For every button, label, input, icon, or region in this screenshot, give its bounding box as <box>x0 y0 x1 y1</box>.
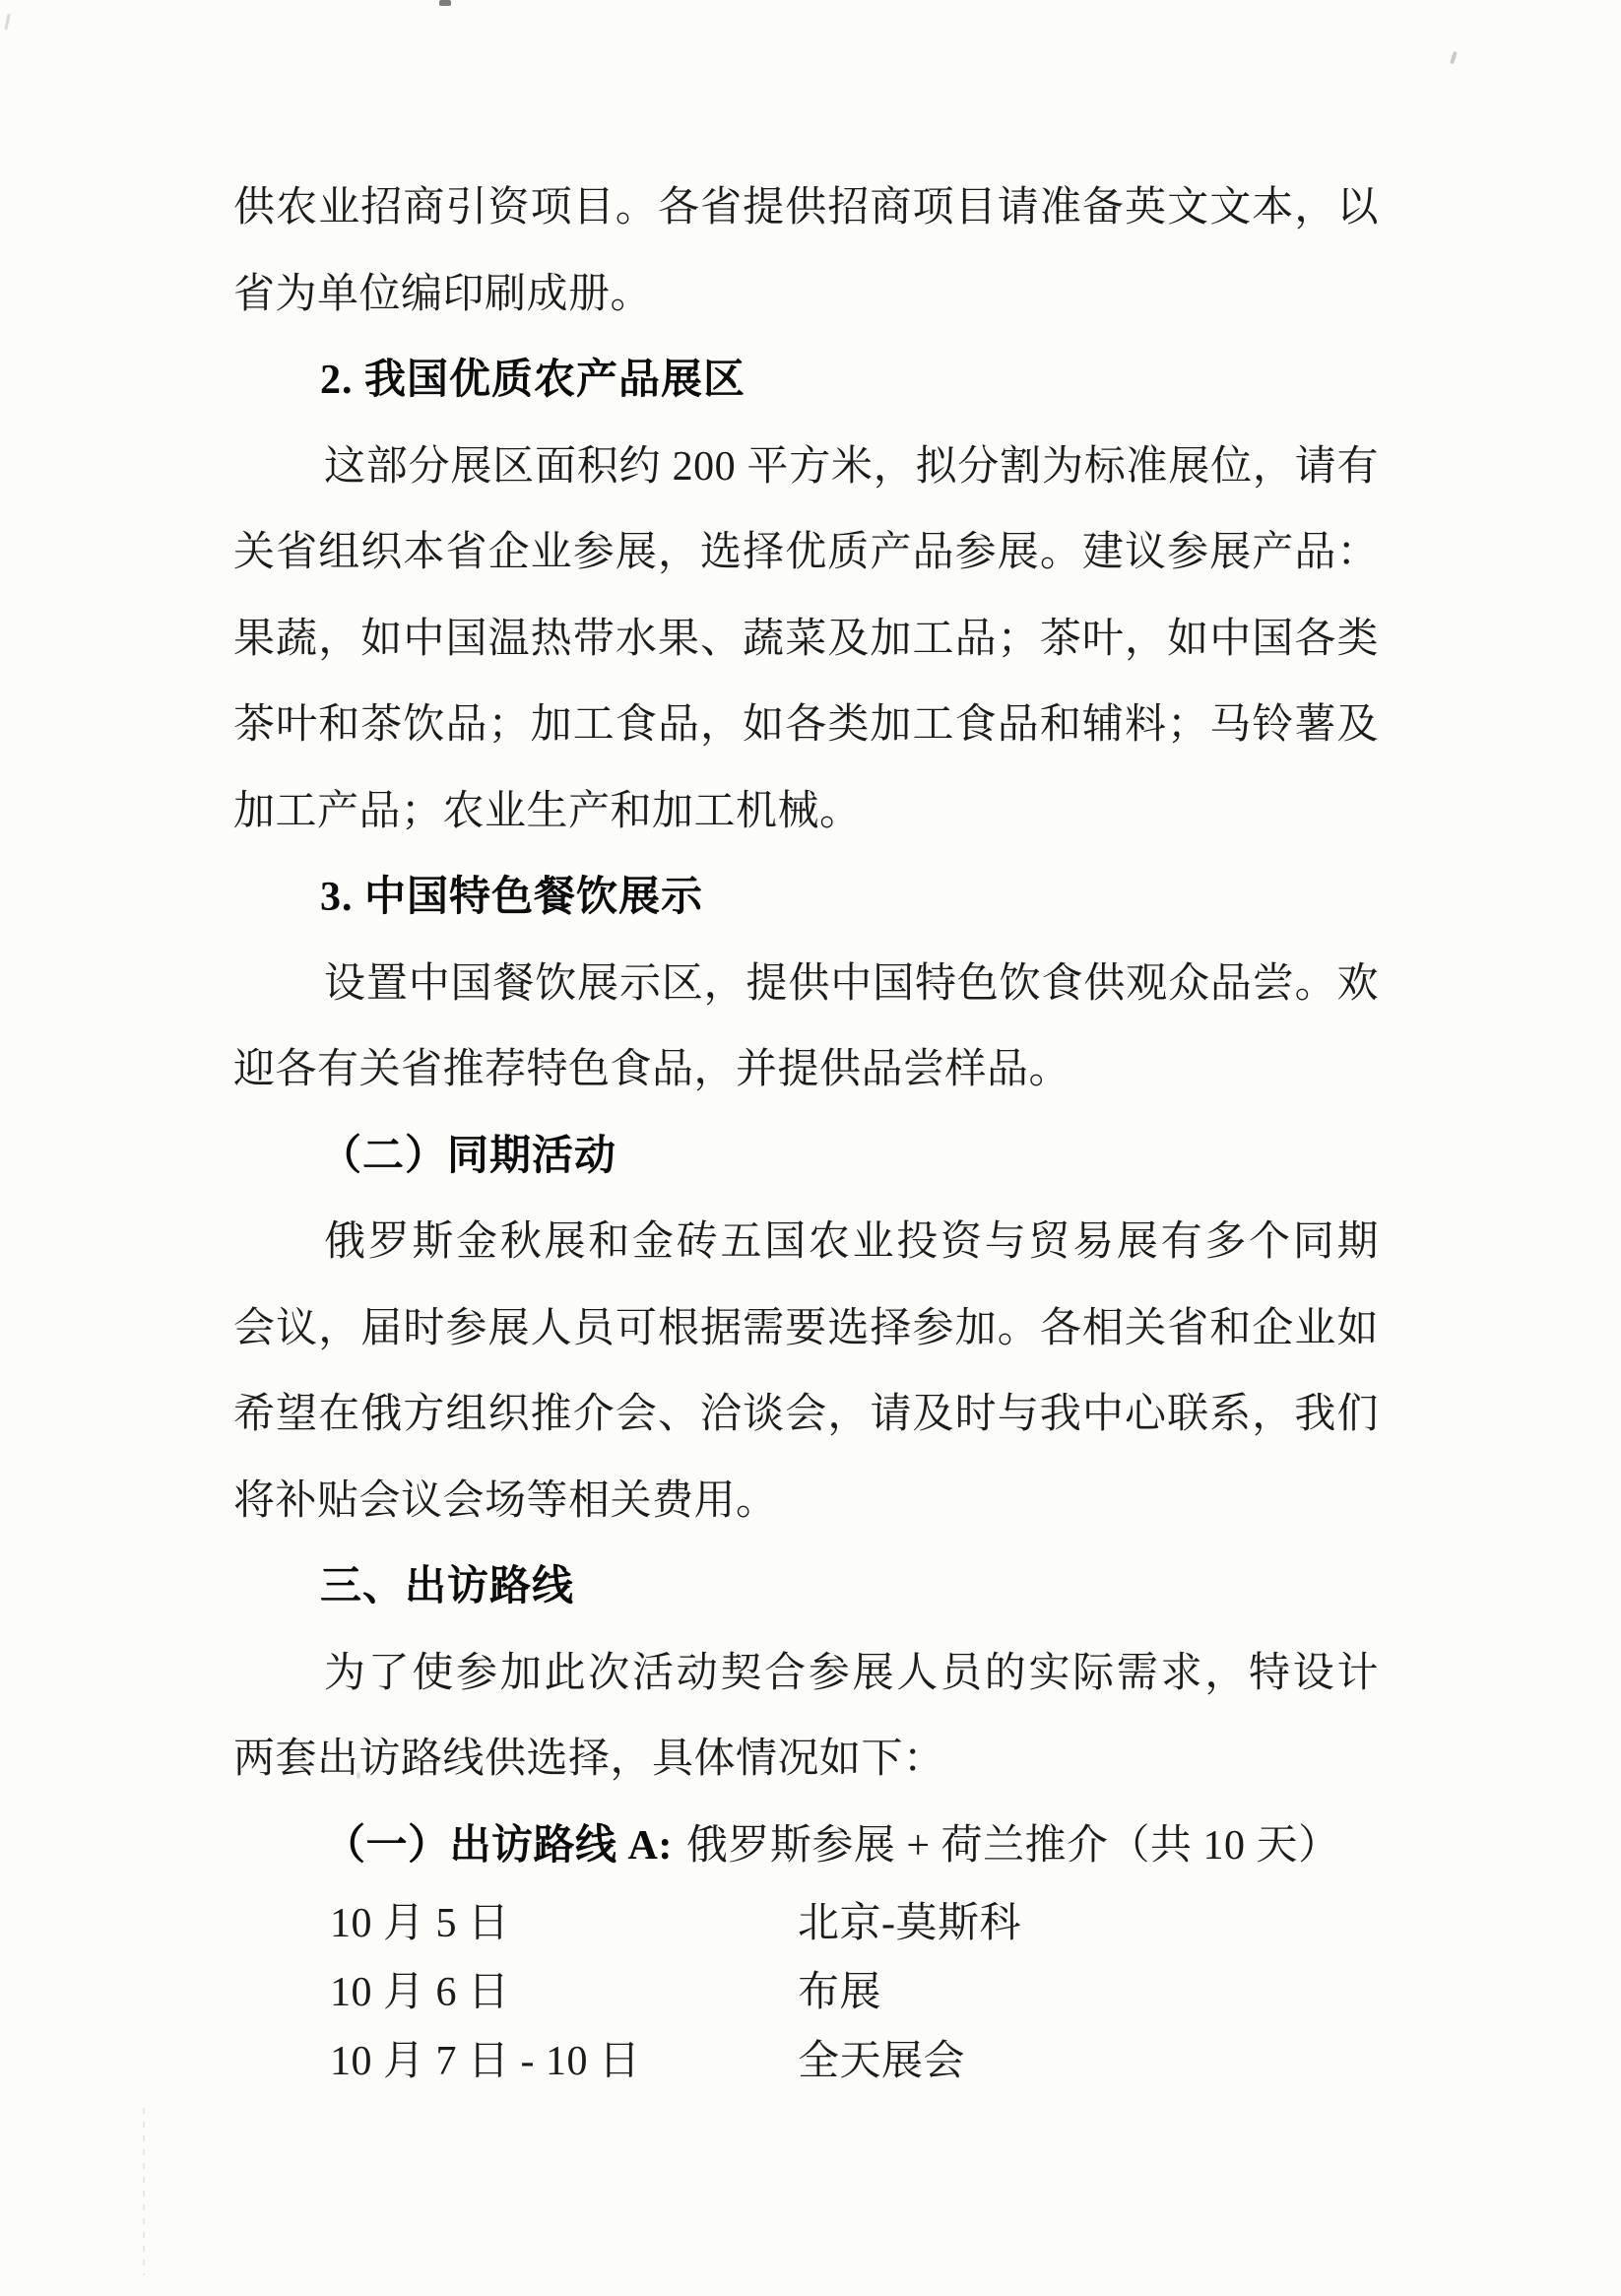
body-line: 希望在俄方组织推介会、洽谈会，请及时与我中心联系，我们 <box>233 1372 1379 1459</box>
scan-artifact <box>143 2108 145 2275</box>
body-line: 省为单位编印刷成册。 <box>233 252 1379 339</box>
body-line: 会议，届时参展人员可根据需要选择参加。各相关省和企业如 <box>233 1286 1379 1373</box>
section-heading-3: 3. 中国特色餐饮展示 <box>233 855 1379 942</box>
schedule-row: 10 月 7 日 - 10 日 全天展会 <box>233 2027 1379 2096</box>
body-line: 这部分展区面积约 200 平方米，拟分割为标准展位，请有 <box>233 425 1379 511</box>
schedule-date: 10 月 6 日 <box>330 1958 798 2027</box>
body-line: 两套出访路线供选择，具体情况如下： <box>233 1717 1379 1804</box>
schedule-date: 10 月 5 日 <box>330 1889 798 1958</box>
body-line: 供农业招商引资项目。各省提供招商项目请准备英文文本，以 <box>233 165 1379 252</box>
schedule-activity: 北京-莫斯科 <box>798 1889 1379 1958</box>
route-a-heading-label: （一）出访路线 A: <box>324 1823 673 1869</box>
body-line: 果蔬，如中国温热带水果、蔬菜及加工品；茶叶，如中国各类 <box>233 597 1379 684</box>
schedule-activity: 全天展会 <box>798 2027 1379 2096</box>
body-line: 为了使参加此次活动契合参展人员的实际需求，特设计 <box>233 1631 1379 1718</box>
body-line: 俄罗斯金秋展和金砖五国农业投资与贸易展有多个同期 <box>233 1200 1379 1286</box>
section-heading-2: 2. 我国优质农产品展区 <box>233 338 1379 425</box>
scan-artifact <box>1450 51 1458 65</box>
body-line: 关省组织本省企业参展，选择优质产品参展。建议参展产品： <box>233 510 1379 597</box>
body-line: 将补贴会议会场等相关费用。 <box>233 1459 1379 1545</box>
document-page: 供农业招商引资项目。各省提供招商项目请准备英文文本，以 省为单位编印刷成册。 2… <box>0 0 1621 2296</box>
body-line: 迎各有关省推荐特色食品，并提供品尝样品。 <box>233 1027 1379 1114</box>
scan-artifact <box>439 0 451 6</box>
route-a-heading: （一）出访路线 A:俄罗斯参展 + 荷兰推介（共 10 天） <box>233 1804 1379 1890</box>
body-line: 设置中国餐饮展示区，提供中国特色饮食供观众品尝。欢 <box>233 942 1379 1028</box>
schedule-row: 10 月 5 日 北京-莫斯科 <box>233 1889 1379 1958</box>
scan-artifact <box>4 14 10 30</box>
schedule-date: 10 月 7 日 - 10 日 <box>330 2027 798 2096</box>
document-body: 供农业招商引资项目。各省提供招商项目请准备英文文本，以 省为单位编印刷成册。 2… <box>233 165 1379 2096</box>
schedule-row: 10 月 6 日 布展 <box>233 1958 1379 2027</box>
route-a-heading-detail: 俄罗斯参展 + 荷兰推介（共 10 天） <box>686 1823 1340 1869</box>
body-line: 茶叶和茶饮品；加工食品，如各类加工食品和辅料；马铃薯及 <box>233 683 1379 769</box>
section-heading-itinerary: 三、出访路线 <box>233 1544 1379 1631</box>
schedule-activity: 布展 <box>798 1958 1379 2027</box>
body-line: 加工产品；农业生产和加工机械。 <box>233 769 1379 856</box>
section-heading-concurrent-events: （二）同期活动 <box>233 1114 1379 1201</box>
